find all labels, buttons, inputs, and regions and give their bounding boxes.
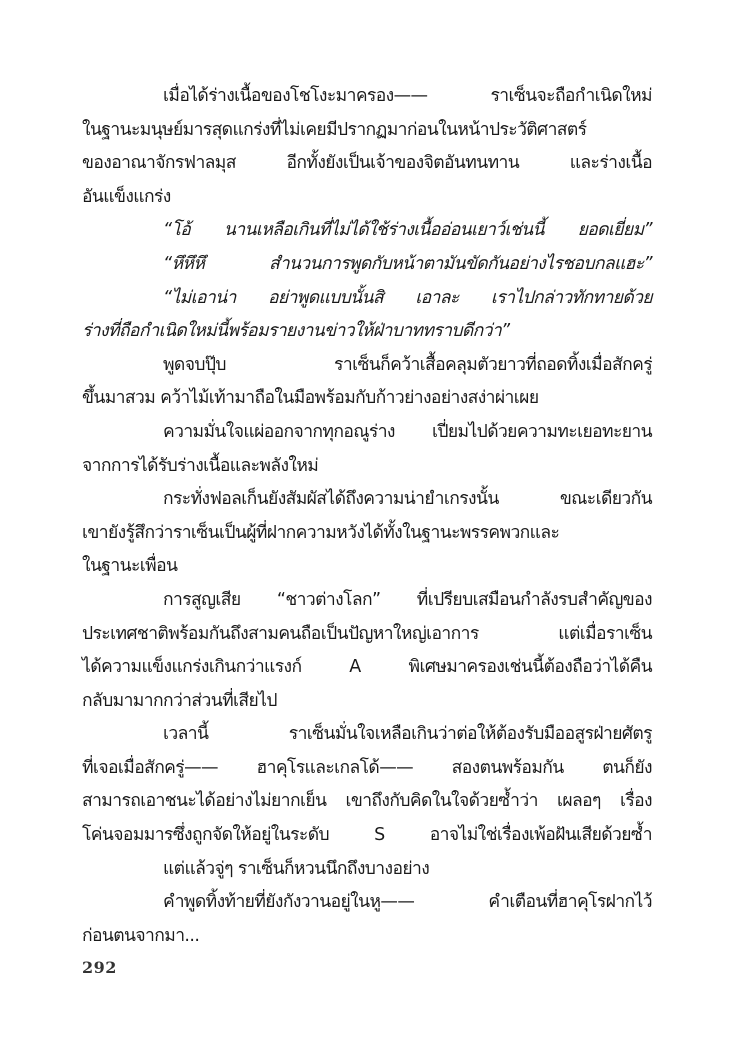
text-line: คำพูดทิ้งท้ายที่ยังกังวานอยู่ในหู—— คำเต… <box>82 886 652 920</box>
text-line: กลับมามากกว่าส่วนที่เสียไป <box>82 685 652 719</box>
text-line: การสูญเสีย “ชาวต่างโลก” ที่เปรียบเสมือนก… <box>82 584 652 618</box>
body-text: เมื่อได้ร่างเนื้อของโชโงะมาครอง—— ราเซ็น… <box>82 80 652 953</box>
text-line: เวลานี้ ราเซ็นมั่นใจเหลือเกินว่าต่อให้ต้… <box>82 718 652 752</box>
text-line: อันแข็งแกร่ง <box>82 181 652 215</box>
book-page: เมื่อได้ร่างเนื้อของโชโงะมาครอง—— ราเซ็น… <box>0 0 738 1051</box>
text-line: “ไม่เอาน่า อย่าพูดแบบนั้นสิ เอาละ เราไปก… <box>82 282 652 316</box>
text-line: ในฐานะเพื่อน <box>82 550 652 584</box>
text-line: ได้ความแข็งแกร่งเกินกว่าแรงก์ A พิเศษมาค… <box>82 651 652 685</box>
text-line: แต่แล้วจู่ๆ ราเซ็นก็หวนนึกถึงบางอย่าง <box>82 853 652 887</box>
text-line: ขึ้นมาสวม คว้าไม้เท้ามาถือในมือพร้อมกับก… <box>82 382 652 416</box>
text-line: สามารถเอาชนะได้อย่างไม่ยากเย็น เขาถึงกับ… <box>82 785 652 819</box>
text-line: ประเทศชาติพร้อมกันถึงสามคนถือเป็นปัญหาให… <box>82 618 652 652</box>
text-line: เมื่อได้ร่างเนื้อของโชโงะมาครอง—— ราเซ็น… <box>82 80 652 114</box>
text-line: กระทั่งฟอลเก็นยังสัมผัสได้ถึงความน่ายำเก… <box>82 483 652 517</box>
text-line: เขายังรู้สึกว่าราเซ็นเป็นผู้ที่ฝากความหว… <box>82 517 652 551</box>
text-line: ของอาณาจักรฟาลมุส อีกทั้งยังเป็นเจ้าของจ… <box>82 147 652 181</box>
text-line: ร่างที่ถือกำเนิดใหม่นี้พร้อมรายงานข่าวให… <box>82 315 652 349</box>
text-line: ในฐานะมนุษย์มารสุดแกร่งที่ไม่เคยมีปรากฏม… <box>82 114 652 148</box>
text-line: “หึหึหึ สำนวนการพูดกับหน้าตามันขัดกันอย่… <box>82 248 652 282</box>
text-line: ที่เจอเมื่อสักครู่—— ฮาคุโรและเกลโด้—— ส… <box>82 752 652 786</box>
text-line: ความมั่นใจแผ่ออกจากทุกอณูร่าง เปี่ยมไปด้… <box>82 416 652 450</box>
text-line: จากการได้รับร่างเนื้อและพลังใหม่ <box>82 450 652 484</box>
text-line: ก่อนตนจากมา... <box>82 920 652 954</box>
text-line: พูดจบปุ๊บ ราเซ็นก็คว้าเสื้อคลุมตัวยาวที่… <box>82 349 652 383</box>
text-line: “โอ้ นานเหลือเกินที่ไม่ได้ใช้ร่างเนื้ออ่… <box>82 214 652 248</box>
text-line: โค่นจอมมารซึ่งถูกจัดให้อยู่ในระดับ S อาจ… <box>82 819 652 853</box>
page-number: 292 <box>82 958 117 977</box>
